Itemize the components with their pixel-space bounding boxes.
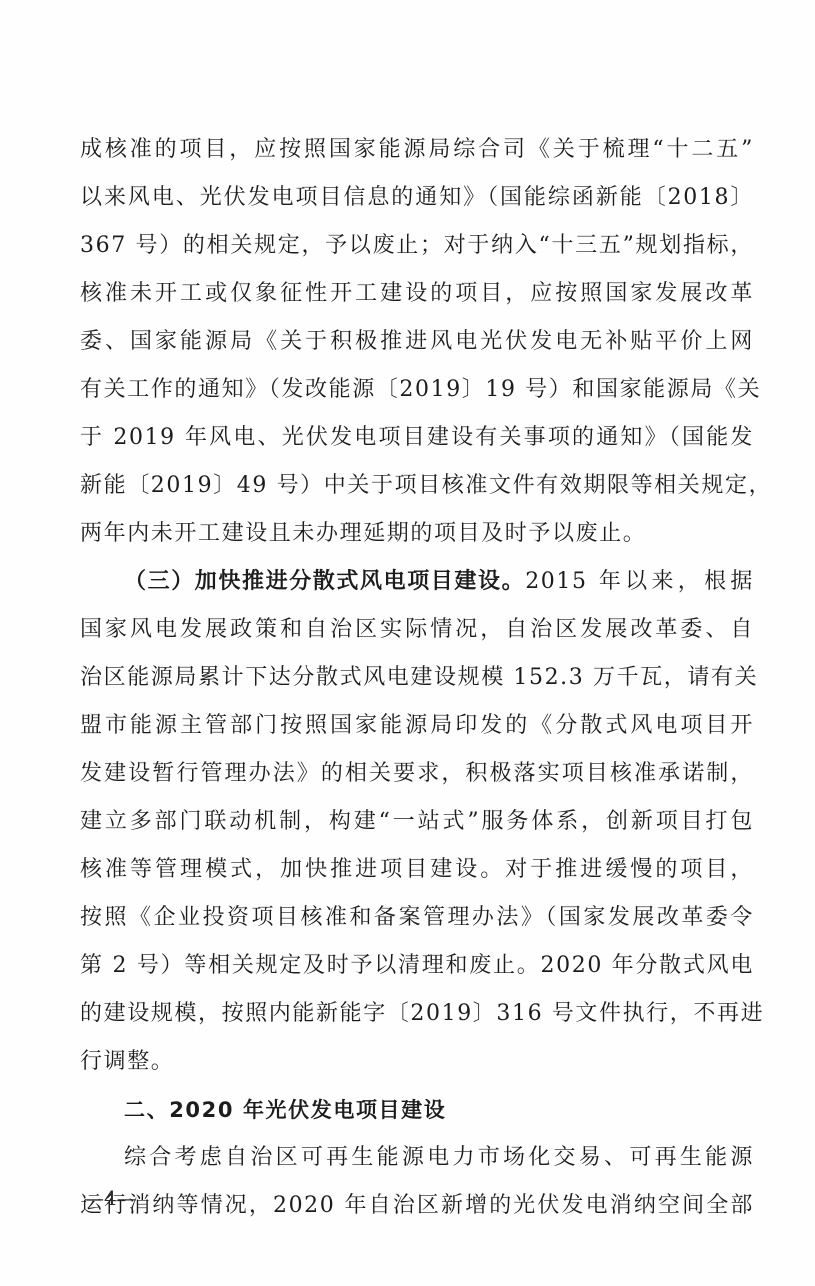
text-line: 治区能源局累计下达分散式风电建设规模 152.3 万千瓦，请有关: [80, 654, 754, 702]
text-line: 于 2019 年风电、光伏发电项目建设有关事项的通知》（国能发: [80, 414, 754, 462]
text-line: 国家风电发展政策和自治区实际情况，自治区发展改革委、自: [80, 606, 754, 654]
paragraph-line: 的建设规模，按照内能新能字〔2019〕316 号文件执行，不再进: [80, 990, 754, 1038]
text-line: 成核准的项目，应按照国家能源局综合司《关于梳理“十二五”: [80, 126, 754, 174]
section-heading: 二、2020 年光伏发电项目建设: [124, 1086, 446, 1134]
text-line: 发建设暂行管理办法》的相关要求，积极落实项目核准承诺制，: [80, 750, 754, 798]
paragraph-line: 委、国家能源局《关于积极推进风电光伏发电无补贴平价上网: [80, 318, 754, 366]
text-line: 两年内未开工建设且未办理延期的项目及时予以废止。: [80, 510, 646, 558]
paragraph-line: 盟市能源主管部门按照国家能源局印发的《分散式风电项目开: [80, 702, 754, 750]
text-line: 委、国家能源局《关于积极推进风电光伏发电无补贴平价上网: [80, 318, 754, 366]
paragraph-line: 核准未开工或仅象征性开工建设的项目，应按照国家发展改革: [80, 270, 754, 318]
text-line: 的建设规模，按照内能新能字〔2019〕316 号文件执行，不再进: [80, 990, 754, 1038]
paragraph-line: 运行消纳等情况，2020 年自治区新增的光伏发电消纳空间全部: [80, 1182, 754, 1230]
section-heading-line: 二、2020 年光伏发电项目建设: [80, 1086, 754, 1134]
paragraph-line: 成核准的项目，应按照国家能源局综合司《关于梳理“十二五”: [80, 126, 754, 174]
text-line: 盟市能源主管部门按照国家能源局印发的《分散式风电项目开: [80, 702, 754, 750]
text-line: 第 2 号）等相关规定及时予以清理和废止。2020 年分散式风电: [80, 942, 754, 990]
paragraph-line: 核准等管理模式，加快推进项目建设。对于推进缓慢的项目，: [80, 846, 754, 894]
paragraph-line: 建立多部门联动机制，构建“一站式”服务体系，创新项目打包: [80, 798, 754, 846]
paragraph-line: 国家风电发展政策和自治区实际情况，自治区发展改革委、自: [80, 606, 754, 654]
text-line: 行调整。: [80, 1038, 174, 1086]
document-page: 成核准的项目，应按照国家能源局综合司《关于梳理“十二五” 以来风电、光伏发电项目…: [0, 0, 815, 1286]
text-line: 367 号）的相关规定，予以废止；对于纳入“十三五”规划指标，: [80, 222, 754, 270]
section-3-title: （三）加快推进分散式风电项目建设。: [124, 558, 525, 606]
paragraph-line: 以来风电、光伏发电项目信息的通知》（国能综函新能〔2018〕: [80, 174, 754, 222]
paragraph-line: 两年内未开工建设且未办理延期的项目及时予以废止。: [80, 510, 754, 558]
paragraph-line: 于 2019 年风电、光伏发电项目建设有关事项的通知》（国能发: [80, 414, 754, 462]
section-3-first-line-rest: 2015 年以来，根据: [525, 558, 754, 606]
text-line: 运行消纳等情况，2020 年自治区新增的光伏发电消纳空间全部: [80, 1182, 754, 1230]
paragraph-line: 综合考虑自治区可再生能源电力市场化交易、可再生能源: [80, 1134, 754, 1182]
paragraph-line: 367 号）的相关规定，予以废止；对于纳入“十三五”规划指标，: [80, 222, 754, 270]
text-line: 以来风电、光伏发电项目信息的通知》（国能综函新能〔2018〕: [80, 174, 754, 222]
text-line: 综合考虑自治区可再生能源电力市场化交易、可再生能源: [124, 1134, 754, 1182]
text-line: 核准未开工或仅象征性开工建设的项目，应按照国家发展改革: [80, 270, 754, 318]
text-line: 建立多部门联动机制，构建“一站式”服务体系，创新项目打包: [80, 798, 754, 846]
page-number: —4—: [84, 1186, 137, 1210]
body-text: 成核准的项目，应按照国家能源局综合司《关于梳理“十二五” 以来风电、光伏发电项目…: [80, 126, 754, 1230]
paragraph-line: 发建设暂行管理办法》的相关要求，积极落实项目核准承诺制，: [80, 750, 754, 798]
paragraph-line: 行调整。: [80, 1038, 754, 1086]
text-line: 新能〔2019〕49 号）中关于项目核准文件有效期限等相关规定，: [80, 462, 754, 510]
paragraph-line: 有关工作的通知》（发改能源〔2019〕19 号）和国家能源局《关: [80, 366, 754, 414]
paragraph-line: 按照《企业投资项目核准和备案管理办法》（国家发展改革委令: [80, 894, 754, 942]
paragraph-line: 新能〔2019〕49 号）中关于项目核准文件有效期限等相关规定，: [80, 462, 754, 510]
section-3-first-line: （三）加快推进分散式风电项目建设。 2015 年以来，根据: [80, 558, 754, 606]
paragraph-line: 第 2 号）等相关规定及时予以清理和废止。2020 年分散式风电: [80, 942, 754, 990]
text-line: 按照《企业投资项目核准和备案管理办法》（国家发展改革委令: [80, 894, 754, 942]
text-line: 有关工作的通知》（发改能源〔2019〕19 号）和国家能源局《关: [80, 366, 754, 414]
paragraph-line: 治区能源局累计下达分散式风电建设规模 152.3 万千瓦，请有关: [80, 654, 754, 702]
text-line: 核准等管理模式，加快推进项目建设。对于推进缓慢的项目，: [80, 846, 754, 894]
